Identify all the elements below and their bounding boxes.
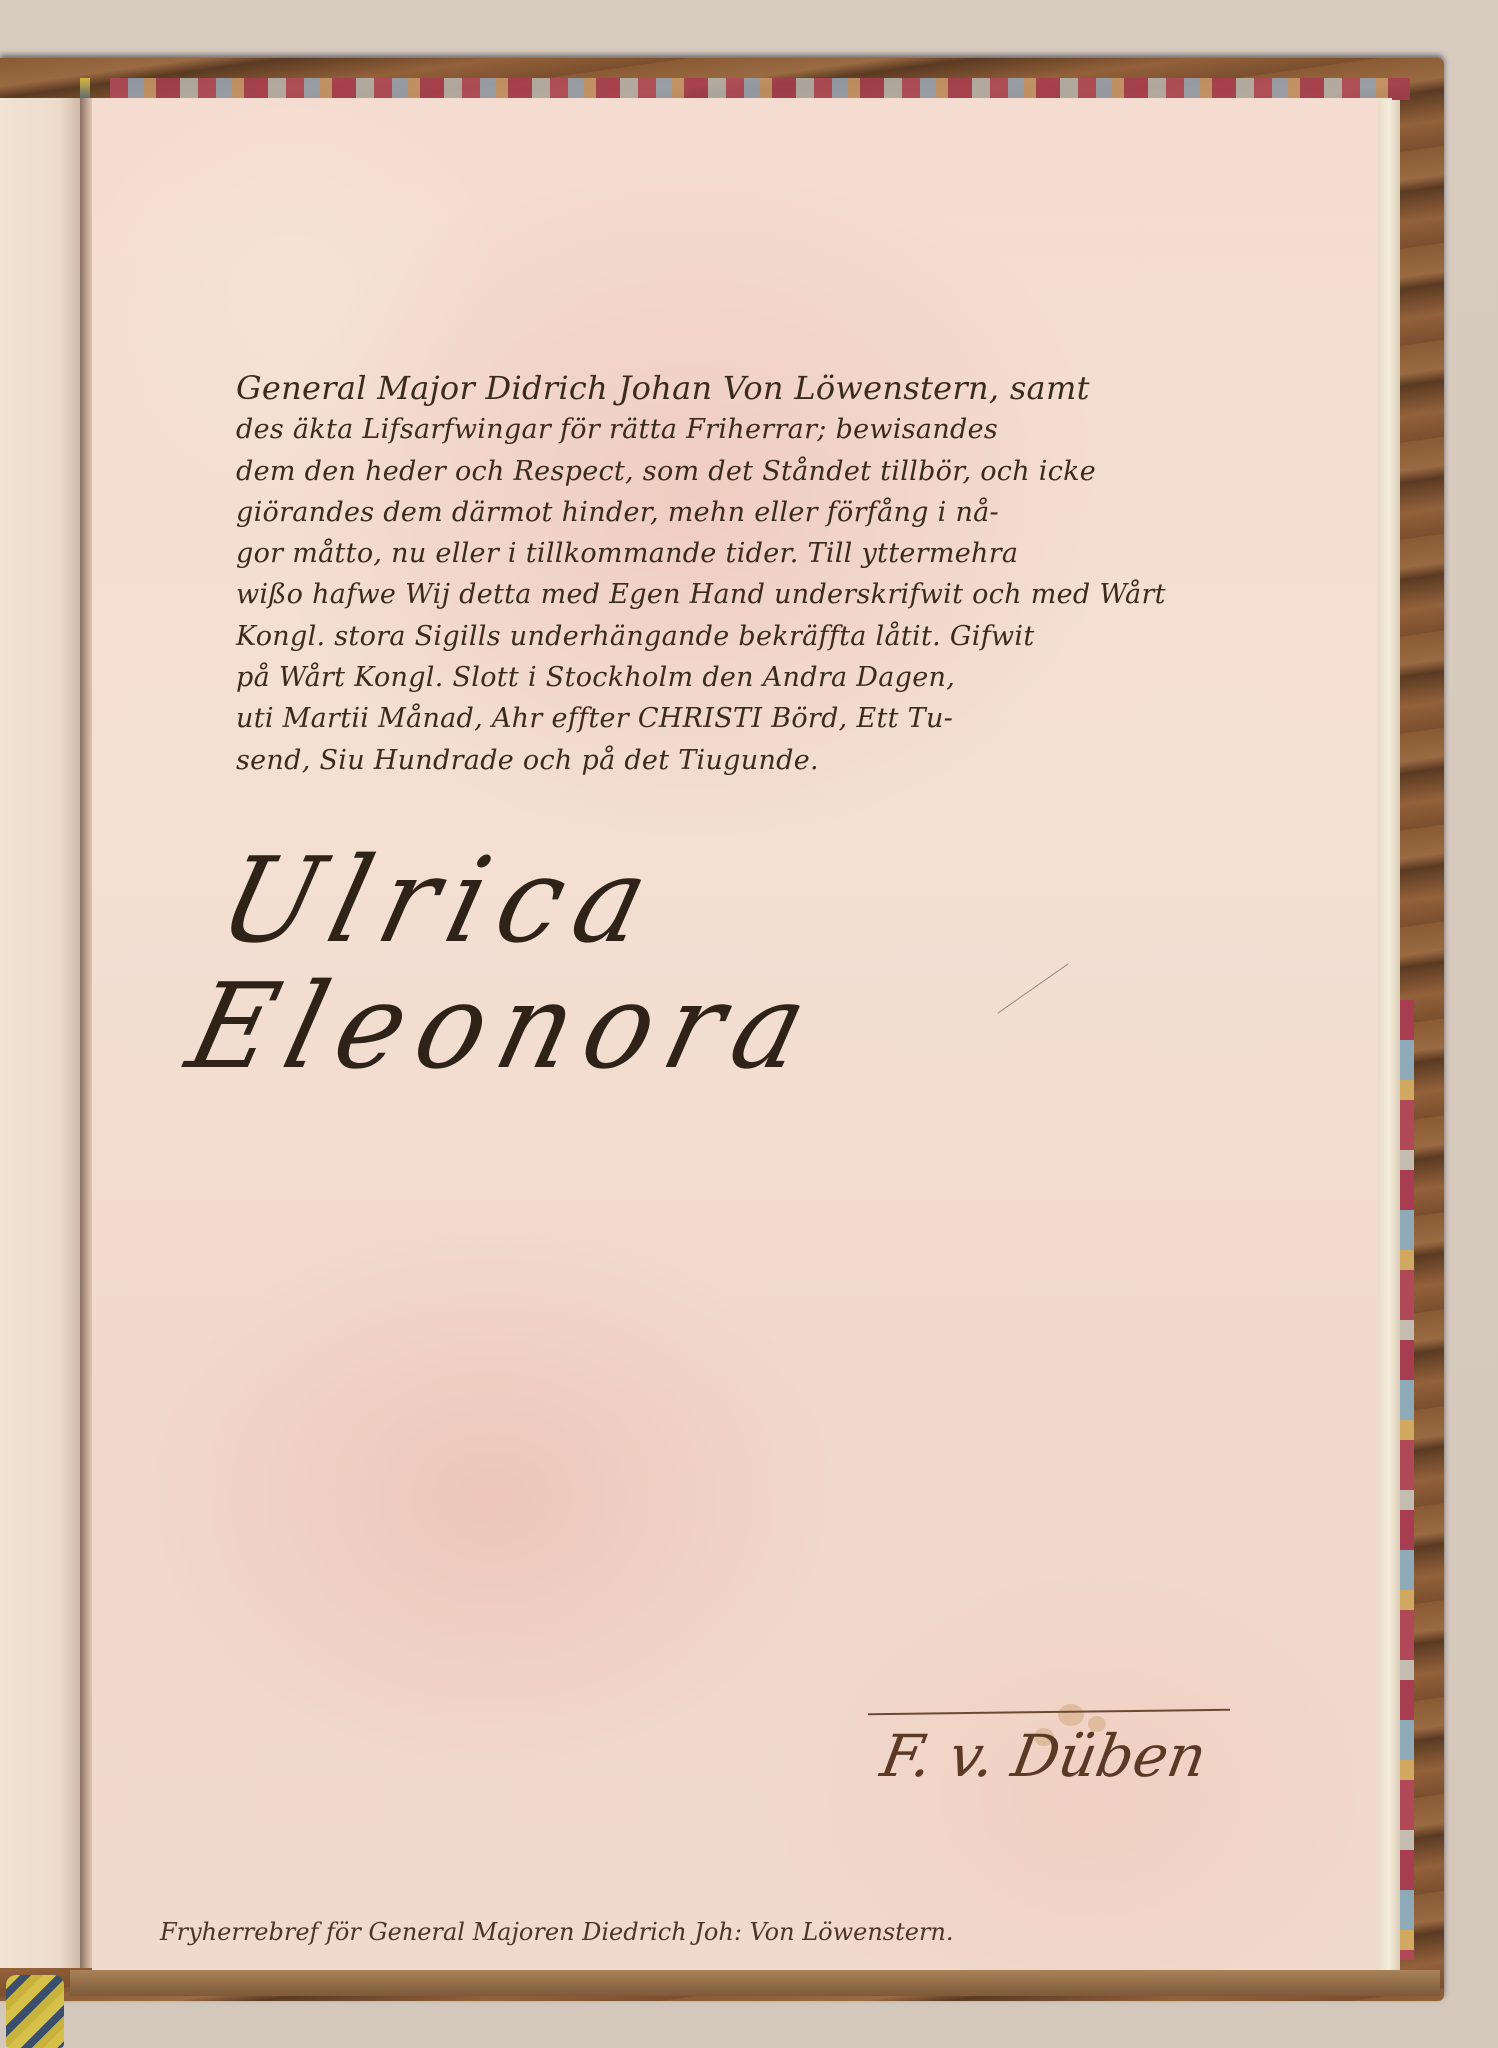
manuscript-body: General Major Didrich Johan Von Löwenste… [236, 368, 1166, 781]
secretary-signature: F. v. Düben [876, 1722, 1212, 1790]
text-line: på Wårt Kongl. Slott i Stockholm den And… [236, 657, 1166, 698]
text-line: send, Siu Hundrade och på det Tiugunde. [236, 740, 1166, 781]
text-line: gor måtto, nu eller i tillkommande tider… [236, 533, 1166, 574]
text-line: uti Martii Månad, Ahr effter CHRISTI Bör… [236, 698, 1166, 739]
bookmark-tassel [6, 1975, 64, 2048]
endorsement-note: Fryherrebref för General Majoren Diedric… [160, 1918, 954, 1946]
text-line: Kongl. stora Sigills underhängande bekrä… [236, 616, 1166, 657]
text-line: dem den heder och Respect, som det Stånd… [236, 451, 1166, 492]
text-line: General Major Didrich Johan Von Löwenste… [236, 368, 1166, 409]
text-line: des äkta Lifsarfwingar för rätta Friherr… [236, 409, 1166, 450]
page-edge [1378, 100, 1400, 1970]
royal-signature: Ulrica Eleonora [209, 838, 1100, 964]
text-line: wißo hafwe Wij detta med Egen Hand under… [236, 574, 1166, 615]
marbled-endpaper-top [110, 78, 1410, 100]
left-page-leaf [0, 98, 84, 1968]
marbled-endpaper-right [1400, 1000, 1414, 1960]
text-line: giörandes dem därmot hinder, mehn eller … [236, 492, 1166, 533]
book-cover-bottom-edge [70, 1970, 1440, 1996]
